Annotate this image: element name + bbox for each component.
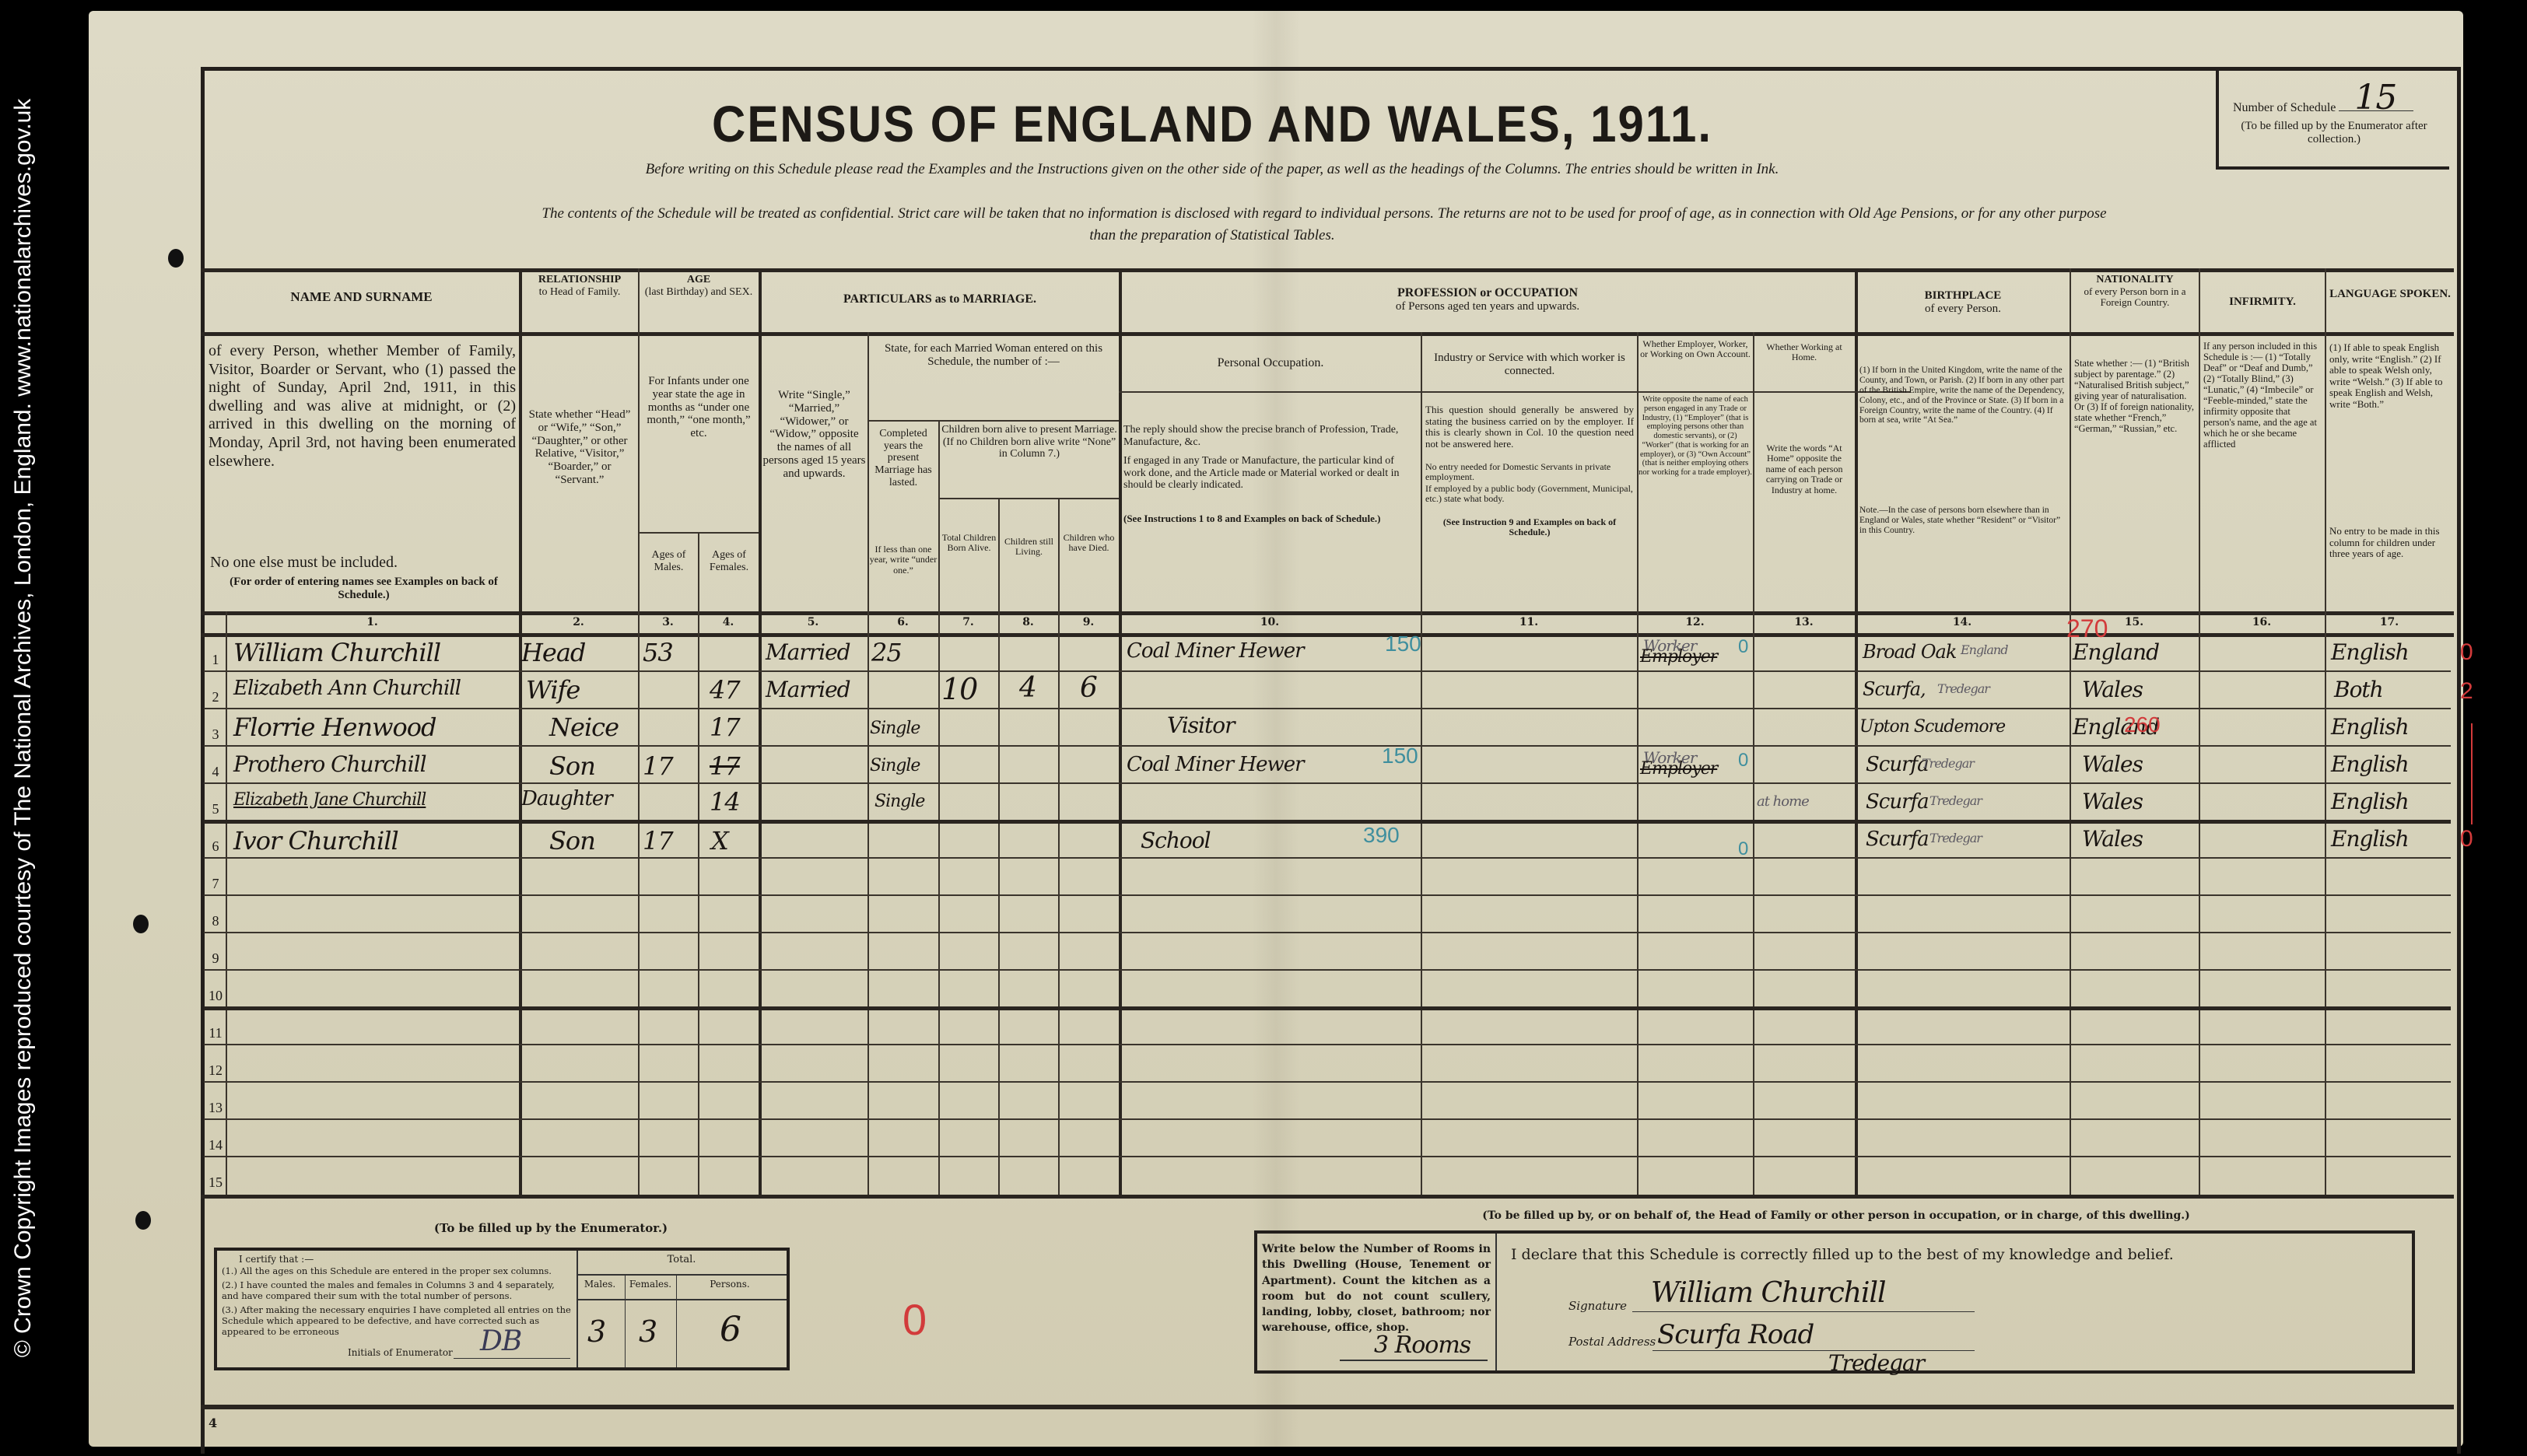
rooms-value: 3 Rooms: [1374, 1332, 1470, 1359]
header-bottom-rule: [201, 611, 2454, 615]
total-females: 3: [639, 1314, 657, 1349]
cell-relationship: Wife: [526, 675, 580, 705]
cell-employment-code: 0: [1738, 838, 1748, 860]
column-number: 12.: [1637, 616, 1753, 628]
household-box: Write below the Number of Rooms in this …: [1254, 1230, 2415, 1374]
row-number: 6: [204, 838, 227, 855]
household-heading: (To be filled up by, or on behalf of, th…: [1284, 1209, 2389, 1222]
red-annotation: 0: [902, 1294, 927, 1345]
row-rule: [204, 1006, 2451, 1010]
col-rule: [1119, 268, 1122, 1195]
col-rule: [2199, 268, 2200, 1195]
cell-occupation-code: 390: [1363, 823, 1400, 848]
cell-occupation-code: 150: [1385, 632, 1421, 656]
cell-language: English: [2331, 826, 2409, 852]
col-header-age: AGE (last Birthday) and SEX.: [640, 274, 758, 298]
cell-birthplace: Scurfa: [1866, 828, 1929, 851]
page-title: CENSUS OF ENGLAND AND WALES, 1911.: [201, 95, 2224, 154]
occupation-title: PROFESSION or OCCUPATION: [1120, 286, 1855, 300]
col-desc-married-woman: State, for each Married Woman entered on…: [870, 342, 1117, 369]
cell-name: Elizabeth Ann Churchill: [233, 677, 461, 700]
certify-item-2: (2.) I have counted the males and female…: [222, 1280, 572, 1302]
col-header-still-living: Children still Living.: [1000, 537, 1058, 558]
col-header-females: Ages of Females.: [699, 549, 759, 573]
sub-rule: [638, 532, 759, 534]
column-number: 5.: [759, 616, 867, 628]
schedule-number-note: (To be filled up by the Enumerator after…: [2233, 120, 2435, 145]
total-label: Total.: [577, 1254, 787, 1265]
col-desc-marital: Write “Single,” “Married,” “Widower,” or…: [762, 389, 866, 481]
cell-birthplace-note: Tredegar: [1922, 756, 1974, 771]
col-desc-relationship: State whether “Head” or “Wife,” “Son,” “…: [524, 408, 635, 487]
row-number: 13: [204, 1100, 227, 1116]
cell-birthplace: Scurfa: [1866, 790, 1929, 814]
column-number: 4.: [698, 616, 759, 628]
initials-label: Initials of Enumerator: [348, 1347, 453, 1358]
sub-rule: [938, 498, 1119, 499]
cell-language: English: [2331, 789, 2409, 814]
relationship-title: RELATIONSHIP: [521, 274, 638, 286]
col-header-industry: Industry or Service with which worker is…: [1422, 352, 1637, 378]
cell-language: English: [2331, 714, 2409, 740]
copyright-strip: © Crown Copyright Images reproduced cour…: [0, 0, 47, 1456]
age-sub: (last Birthday) and SEX.: [640, 286, 758, 299]
col-desc-industry-2: No entry needed for Domestic Servants in…: [1425, 462, 1634, 483]
col-rule: [638, 268, 640, 1195]
cell-died: 6: [1080, 672, 1097, 704]
col-desc-at-home: Write the words “At Home” opposite the n…: [1757, 443, 1852, 495]
nationality-title: NATIONALITY: [2071, 274, 2199, 286]
signature-line: [1632, 1311, 1975, 1312]
col-desc-personal-2: If engaged in any Trade or Manufacture, …: [1123, 455, 1418, 492]
col-rule: [2325, 268, 2326, 1195]
cell-name: William Churchill: [233, 638, 440, 667]
rooms-line: [1340, 1360, 1488, 1361]
col-header-relationship: RELATIONSHIP to Head of Family.: [521, 274, 638, 298]
col-rule: [1058, 498, 1060, 1195]
col-rule: [698, 532, 699, 1195]
row-number: 9: [204, 950, 227, 967]
row-rule: [204, 1044, 2451, 1045]
col-header-name: NAME AND SURNAME: [204, 289, 519, 304]
column-number: 16.: [2199, 616, 2325, 628]
row-rule: [204, 782, 2451, 784]
females-label: Females.: [626, 1279, 675, 1290]
cell-age-female: 47: [710, 675, 740, 705]
table-bottom-rule: [201, 1195, 2454, 1199]
column-number: 2.: [519, 616, 638, 628]
divider: [676, 1274, 677, 1367]
enumerator-heading: (To be filled up by the Enumerator.): [201, 1221, 901, 1235]
cell-birthplace: Upton Scudemore: [1859, 717, 2005, 737]
column-number: 11.: [1421, 616, 1637, 628]
column-number-rule: [201, 633, 2454, 637]
cell-occupation: School: [1141, 828, 1211, 853]
cell-employment-struck: Employer: [1640, 759, 1717, 779]
cell-birthplace-note: Tredegar: [1929, 793, 1982, 808]
nationality-sub: of every Person born in a Foreign Countr…: [2071, 286, 2199, 309]
column-number: 7.: [938, 616, 998, 628]
row-number: 12: [204, 1062, 227, 1079]
col-desc-employer: Write opposite the name of each person e…: [1639, 395, 1752, 478]
col-rule: [998, 498, 1000, 1195]
col-note2-name: (For order of entering names see Example…: [210, 576, 517, 602]
occupation-sub: of Persons aged ten years and upwards.: [1120, 300, 1855, 313]
header-split-rule: [201, 332, 2454, 336]
cell-nationality: Wales: [2082, 826, 2143, 852]
schedule-number-value: 15: [2354, 78, 2396, 117]
red-annotation: 0: [2460, 639, 2473, 666]
row-rule: [204, 670, 2451, 672]
cell-age-male: 53: [643, 638, 673, 667]
col-desc-personal-1: The reply should show the precise branch…: [1123, 424, 1418, 448]
red-bracket: [2465, 723, 2473, 824]
page-number: 4: [209, 1416, 217, 1430]
cell-born-alive: 10: [941, 672, 977, 706]
col-rule: [1855, 268, 1858, 1195]
cell-relationship: Son: [549, 751, 595, 781]
cell-marital: Married: [766, 677, 850, 702]
cell-language: Both: [2334, 677, 2383, 702]
col-header-personal-occupation: Personal Occupation.: [1120, 356, 1421, 370]
cell-age-female: 14: [710, 787, 740, 817]
col-rule: [759, 268, 762, 1195]
row-rule: [204, 820, 2451, 824]
row-number: 10: [204, 988, 227, 1004]
col-header-marriage: PARTICULARS as to MARRIAGE.: [761, 292, 1119, 306]
divider: [577, 1274, 787, 1276]
col-note-language: No entry to be made in this column for c…: [2329, 526, 2449, 560]
cell-nationality: Wales: [2082, 789, 2143, 814]
row-rule: [204, 969, 2451, 971]
copyright-text: © Crown Copyright Images reproduced cour…: [10, 99, 37, 1358]
cell-occupation: Coal Miner Hewer: [1127, 639, 1304, 663]
cell-nationality: Wales: [2082, 751, 2143, 777]
postal-address-line1: Scurfa Road: [1657, 1319, 1814, 1350]
row-rule: [204, 745, 2451, 747]
col-desc-name: of every Person, whether Member of Famil…: [209, 342, 516, 471]
confidential-text-2: than the preparation of Statistical Tabl…: [201, 227, 2224, 244]
instruction-text: Before writing on this Schedule please r…: [201, 161, 2224, 178]
row-number: 7: [204, 876, 227, 892]
column-number: 8.: [998, 616, 1058, 628]
bottom-rule: [201, 1405, 2454, 1409]
address-line: [1653, 1350, 1975, 1351]
cell-birthplace-note: Tredegar: [1937, 681, 1989, 696]
postal-address-label: Postal Address: [1568, 1335, 1656, 1349]
col-note-under-one: If less than one year, write “under one.…: [869, 544, 938, 576]
age-title: AGE: [640, 274, 758, 286]
row-number: 11: [204, 1025, 227, 1041]
row-number: 2: [204, 689, 227, 705]
col-header-completed-years: Completed years the present Marriage has…: [869, 428, 938, 488]
punch-hole: [168, 249, 184, 268]
birthplace-sub: of every Person.: [1856, 303, 2070, 316]
col-desc-birthplace: (1) If born in the United Kingdom, write…: [1859, 366, 2066, 425]
cell-relationship: Daughter: [521, 787, 612, 810]
col-header-occupation: PROFESSION or OCCUPATION of Persons aged…: [1120, 286, 1855, 313]
cell-birthplace: Scurfa: [1866, 753, 1929, 776]
total-males: 3: [587, 1314, 605, 1349]
col-desc-age: For Infants under one year state the age…: [641, 375, 756, 440]
cell-relationship: Son: [549, 826, 595, 856]
enumerator-box: I certify that :— (1.) All the ages on t…: [214, 1248, 790, 1370]
row-rule: [204, 1081, 2451, 1083]
column-number: 1.: [226, 616, 519, 628]
certify-label: I certify that :—: [239, 1254, 314, 1265]
schedule-number-label: Number of Schedule: [2233, 101, 2336, 114]
cell-nationality: Wales: [2082, 677, 2143, 702]
col-header-children: Children born alive to present Marriage.…: [940, 424, 1119, 460]
column-number: 9.: [1058, 616, 1119, 628]
row-rule: [204, 894, 2451, 896]
col-note-name: No one else must be included.: [210, 554, 517, 571]
declaration-text: I declare that this Schedule is correctl…: [1511, 1246, 2174, 1263]
cell-age-male: 17: [643, 751, 673, 781]
column-number: 6.: [867, 616, 938, 628]
cell-still-living: 4: [1019, 672, 1036, 704]
cell-years-married: 25: [871, 638, 902, 667]
sub-rule: [1119, 391, 1911, 393]
cell-employment-struck: Employer: [1640, 647, 1717, 667]
cell-marital: Single: [870, 719, 920, 738]
divider: [1495, 1234, 1497, 1370]
row-number: 3: [204, 726, 227, 743]
red-annotation: 260: [2124, 712, 2161, 737]
row-number: 15: [204, 1174, 227, 1191]
males-label: Males.: [577, 1279, 623, 1290]
column-number: 3.: [638, 616, 698, 628]
signature-value: William Churchill: [1651, 1277, 1885, 1309]
cell-birthplace: Broad Oak: [1863, 641, 1956, 663]
cell-name: Elizabeth Jane Churchill: [233, 790, 426, 810]
cell-age-female-struck: 17: [710, 751, 740, 781]
row-number: 5: [204, 801, 227, 817]
col-desc-infirmity: If any person included in this Schedule …: [2203, 341, 2322, 450]
teal-mark: 0: [1738, 750, 1748, 772]
cell-occupation: Visitor: [1167, 712, 1235, 738]
row-rule: [204, 857, 2451, 859]
rooms-instruction: Write below the Number of Rooms in this …: [1262, 1241, 1491, 1336]
punch-hole: [135, 1211, 151, 1230]
cell-age-male: 17: [643, 826, 673, 856]
col-header-males: Ages of Males.: [640, 549, 698, 573]
row-rule: [204, 932, 2451, 933]
signature-label: Signature: [1568, 1299, 1627, 1313]
cell-name: Florrie Henwood: [233, 712, 436, 742]
schedule-number-box: Number of Schedule 15 (To be filled up b…: [2216, 70, 2449, 170]
col-rule: [1753, 332, 1754, 1195]
col-header-employer: Whether Employer, Worker, or Working on …: [1639, 339, 1752, 360]
punch-hole: [133, 915, 149, 933]
row-rule: [204, 1118, 2451, 1120]
cell-occupation: Coal Miner Hewer: [1127, 753, 1304, 776]
cell-occupation-code: 150: [1382, 744, 1418, 768]
cell-marital: Single: [874, 792, 924, 811]
col-header-infirmity: INFIRMITY.: [2200, 296, 2325, 309]
column-number: 13.: [1753, 616, 1855, 628]
col-desc-industry-4: (See Instruction 9 and Examples on back …: [1425, 517, 1634, 538]
cell-marital: Single: [870, 756, 920, 775]
col-header-nationality: NATIONALITY of every Person born in a Fo…: [2071, 274, 2199, 309]
divider: [577, 1251, 578, 1367]
red-annotation: 0: [2460, 826, 2473, 852]
col-desc-nationality: State whether :— (1) “British subject by…: [2074, 358, 2196, 434]
relationship-sub: to Head of Family.: [521, 286, 638, 299]
col-desc-language: (1) If able to speak English only, write…: [2329, 342, 2449, 410]
col-rule: [2070, 268, 2071, 1195]
postal-address-line2: Tredegar: [1828, 1350, 1924, 1376]
column-number: 17.: [2325, 616, 2454, 628]
birthplace-title: BIRTHPLACE: [1856, 289, 2070, 303]
col-header-birthplace: BIRTHPLACE of every Person.: [1856, 289, 2070, 316]
col-header-at-home: Whether Working at Home.: [1754, 342, 1854, 363]
cell-birthplace: Scurfa,: [1863, 678, 1926, 700]
cell-age-female: 17: [710, 712, 740, 742]
enumerator-initials: DB: [480, 1325, 521, 1357]
col-header-language: LANGUAGE SPOKEN.: [2326, 288, 2454, 301]
col-rule: [1421, 332, 1422, 1195]
cell-language: English: [2331, 639, 2409, 665]
cell-marital: Married: [766, 639, 850, 665]
cell-name: Ivor Churchill: [233, 826, 398, 856]
cell-age-female-crossed: X: [711, 826, 728, 856]
cell-language: English: [2331, 751, 2409, 777]
confidential-text: The contents of the Schedule will be tre…: [212, 205, 2437, 222]
row-rule: [204, 708, 2451, 709]
cell-birthplace-note: England: [1961, 642, 2007, 657]
total-persons: 6: [720, 1310, 741, 1349]
divider: [625, 1274, 626, 1367]
cell-relationship: Neice: [549, 712, 619, 742]
row-rule: [204, 1156, 2451, 1157]
row-number: 14: [204, 1137, 227, 1153]
cell-relationship: Head: [521, 638, 585, 667]
col-desc-personal-3: (See Instructions 1 to 8 and Examples on…: [1123, 513, 1418, 525]
cell-birthplace-note: Tredegar: [1929, 831, 1982, 845]
cell-name: Prothero Churchill: [233, 751, 426, 777]
red-annotation: 270: [2066, 614, 2108, 643]
sub-rule: [867, 420, 1119, 422]
col-desc-industry-3: If employed by a public body (Government…: [1425, 484, 1634, 505]
col-rule: [519, 268, 522, 1195]
col-desc-industry-1: This question should generally be answer…: [1425, 404, 1634, 450]
row-number: 4: [204, 764, 227, 780]
initials-line: [454, 1358, 570, 1359]
col-header-died: Children who have Died.: [1060, 533, 1118, 554]
row-number: 8: [204, 913, 227, 929]
teal-mark: 0: [1738, 636, 1748, 658]
divider: [577, 1299, 787, 1300]
row-number: 1: [204, 652, 227, 668]
certify-item-1: (1.) All the ages on this Schedule are e…: [222, 1266, 572, 1277]
col-note-birthplace: Note.—In the case of persons born elsewh…: [1859, 506, 2066, 536]
cell-at-home: at home: [1757, 793, 1809, 810]
table-top-rule: [201, 268, 2454, 272]
persons-label: Persons.: [678, 1279, 782, 1290]
column-number: 10.: [1119, 616, 1421, 628]
column-number: 14.: [1855, 616, 2070, 628]
col-header-total-born: Total Children Born Alive.: [940, 533, 998, 554]
red-annotation: 2: [2460, 678, 2473, 705]
